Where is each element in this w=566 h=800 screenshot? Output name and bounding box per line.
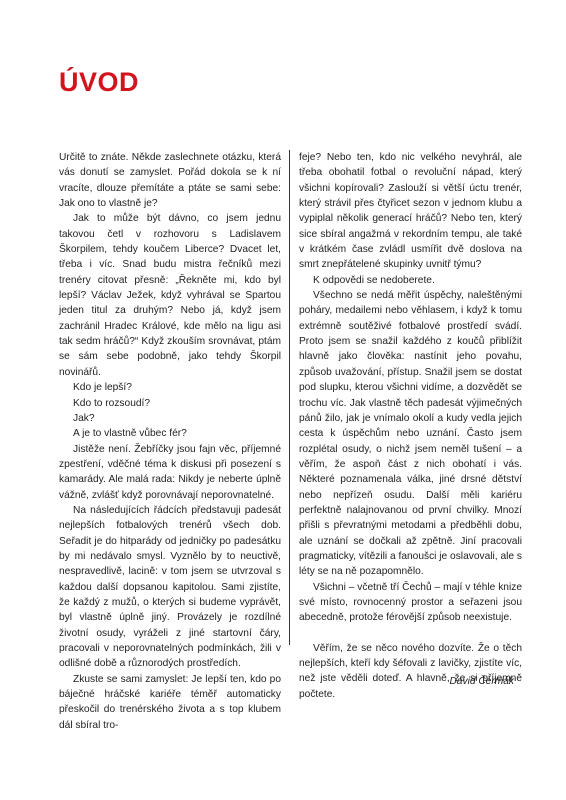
- paragraph: Jak?: [59, 411, 281, 426]
- paragraph: feje? Nebo ten, kdo nic velkého nevyhrál…: [299, 150, 522, 273]
- paragraph: Věřím, že se něco nového dozvíte. Že o t…: [299, 641, 522, 702]
- paragraph: Jak to může být dávno, co jsem jednu tak…: [59, 211, 281, 380]
- paragraph: Všechno se nedá měřit úspěchy, naleštěný…: [299, 288, 522, 580]
- paragraph: Kdo to rozsoudí?: [59, 396, 281, 411]
- paragraph: Zkuste se sami zamyslet: Je lepší ten, k…: [59, 672, 281, 733]
- book-page: ÚVOD Určitě to znáte. Někde zaslechnete …: [0, 0, 566, 800]
- paragraph: Všichni – včetně tří Čechů – mají v téhl…: [299, 580, 522, 626]
- paragraph: Kdo je lepší?: [59, 380, 281, 395]
- left-text-column: Určitě to znáte. Někde zaslechnete otázk…: [59, 150, 281, 733]
- chapter-title: ÚVOD: [59, 66, 139, 98]
- paragraph: A je to vlastně vůbec fér?: [59, 426, 281, 441]
- column-divider: [289, 150, 290, 645]
- paragraph: K odpovědi se nedoberete.: [299, 273, 522, 288]
- paragraph: Na následujících řádcích představuji pad…: [59, 503, 281, 672]
- paragraph: Určitě to znáte. Někde zaslechnete otázk…: [59, 150, 281, 211]
- author-signature: David Čermák: [449, 676, 514, 687]
- right-text-column: feje? Nebo ten, kdo nic velkého nevyhrál…: [299, 150, 522, 702]
- paragraph: Jistěže není. Žebříčky jsou fajn věc, př…: [59, 442, 281, 503]
